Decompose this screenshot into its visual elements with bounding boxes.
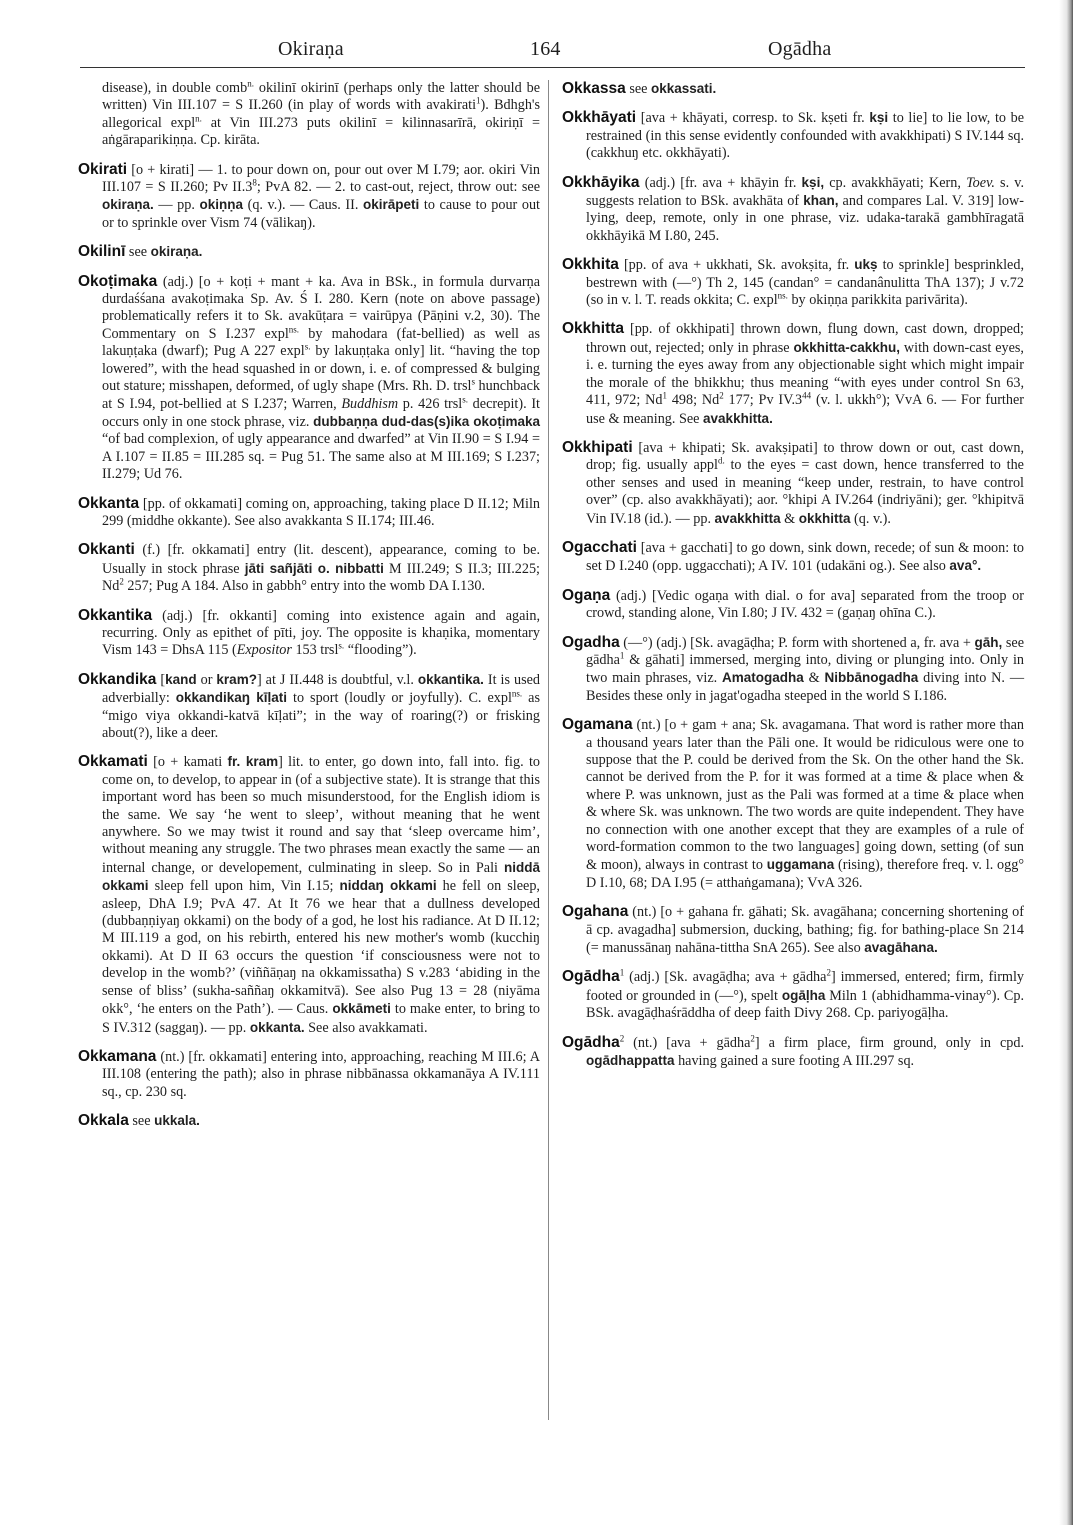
page-edge-shadow [1059, 0, 1073, 1525]
bold-term: ogādhappatta [586, 1053, 675, 1068]
bold-term: ukṣ [854, 257, 877, 272]
left-guide-word: Okiraṇa [278, 38, 344, 61]
page-number: 164 [530, 38, 561, 61]
entry-headword: Okkhitta [562, 320, 624, 337]
entry-text: [pp. of okkamati] coming on, approaching… [102, 496, 540, 529]
column-divider [548, 80, 549, 1420]
dictionary-entry: Okkhita [pp. of ava + ukkhati, Sk. avokṣ… [562, 256, 1024, 309]
bold-term: uggamana [767, 857, 835, 872]
dictionary-entry: Okkhāyati [ava + khāyati, corresp. to Sk… [562, 109, 1024, 162]
bold-term: okkhitta [799, 511, 851, 526]
dictionary-entry: Okkamati [o + kamati fr. kram] lit. to e… [78, 753, 540, 1037]
entry-text: [ [156, 672, 165, 688]
entry-headword: Okkamana [78, 1048, 156, 1065]
entry-headword: Ogamana [562, 716, 633, 733]
entry-text: “flooding”). [344, 642, 417, 658]
superscript: n. [195, 113, 202, 123]
entry-headword: Okkanti [78, 541, 135, 558]
left-column: disease), in double combn. okilinī okiri… [78, 80, 540, 1142]
superscript: n. [247, 78, 254, 88]
superscript: 44 [802, 390, 811, 400]
entry-text: cp. avakkhāyati; Kern, [824, 175, 966, 191]
entry-text: disease), in double comb [102, 80, 247, 96]
entry-text: see [129, 1113, 154, 1129]
bold-term: kṣi [869, 110, 888, 125]
bold-term: okirāpeti [363, 197, 419, 212]
entry-text: [pp. of ava + ukkhati, Sk. avokṣita, fr. [619, 257, 854, 273]
dictionary-entry: Okkanti (f.) [fr. okkamati] entry (lit. … [78, 541, 540, 595]
superscript: ns. [289, 324, 299, 334]
entry-headword: Okilinī [78, 243, 125, 260]
entry-text: (adj.) [fr. ava + khāyin fr. [640, 175, 802, 191]
entry-headword: Ogacchati [562, 539, 637, 556]
dictionary-entry: Ogadha (—°) (adj.) [Sk. avagāḍha; P. for… [562, 634, 1024, 706]
bold-term: dubbaṇṇa dud-das(s)ika okoṭimaka [313, 414, 540, 429]
bold-term: gāh, [975, 635, 1003, 650]
dictionary-entry: Ogādha2 (nt.) [ava + gādha2] a firm plac… [562, 1034, 1024, 1071]
bold-term: okiraṇa. [151, 244, 203, 259]
italic-title: Expositor [237, 642, 292, 658]
dictionary-entry: Ogacchati [ava + gacchati] to go down, s… [562, 539, 1024, 576]
entry-text: [ava + khāyati, corresp. to Sk. kṣeti fr… [636, 110, 869, 126]
entry-headword: Ogaṇa [562, 587, 610, 604]
entry-headword: Ogadha [562, 634, 620, 651]
bold-term: avagāhana. [864, 940, 938, 955]
dictionary-entry: Okilinī see okiraṇa. [78, 243, 540, 261]
entry-text: — pp. [154, 197, 200, 213]
bold-term: Amatogadha [722, 670, 804, 685]
bold-term: okiraṇa. [102, 197, 154, 212]
entry-text: (nt.) [ava + gādha [624, 1035, 750, 1051]
entry-headword: Okkala [78, 1112, 129, 1129]
entry-headword: Okkamati [78, 753, 148, 770]
dictionary-entry: Okirati [o + kirati] — 1. to pour down o… [78, 161, 540, 233]
entry-headword: Ogādha [562, 1034, 620, 1051]
bold-term: okkandikaŋ kīḷati [176, 690, 287, 705]
dictionary-entry: Okkhitta [pp. of okkhipati] thrown down,… [562, 320, 1024, 427]
entry-headword: Okkhipati [562, 439, 633, 456]
dictionary-entry: Okkantika (adj.) [fr. okkanti] coming in… [78, 607, 540, 660]
entry-headword: Okkhāyika [562, 174, 640, 191]
bold-term: khan, [803, 193, 838, 208]
entry-text: [o + kamati [148, 754, 228, 770]
entry-text: to sport (loudly or joyfully). C. expl [287, 690, 512, 706]
entry-text: See also avakkamati. [305, 1020, 428, 1036]
dictionary-entry: Okoṭimaka (adj.) [o + koṭi + mant + ka. … [78, 273, 540, 484]
entry-headword: Okkandika [78, 671, 156, 688]
entry-text: sleep fell upon him, Vin I.15; [149, 878, 340, 894]
bold-term: niddaŋ okkami [340, 878, 437, 893]
superscript: ns. [778, 290, 788, 300]
italic-title: Buddhism [341, 396, 398, 412]
right-guide-word: Ogādha [768, 38, 831, 61]
entry-headword: Okkanta [78, 495, 139, 512]
entry-headword: Ogahana [562, 903, 628, 920]
dictionary-entry: Ogādha1 (adj.) [Sk. avagāḍha; ava + gādh… [562, 968, 1024, 1022]
bold-term: kṣi, [802, 175, 825, 190]
entry-text: ; PvA 82. — 2. to cast-out, reject, thro… [257, 179, 540, 195]
bold-term: kand [165, 672, 197, 687]
entry-text: (—°) (adj.) [Sk. avagāḍha; P. form with … [620, 635, 975, 651]
bold-term: kram? [216, 672, 257, 687]
dictionary-entry: Ogamana (nt.) [o + gam + ana; Sk. avagam… [562, 716, 1024, 892]
entry-text: (nt.) [fr. okkamati] entering into, appr… [102, 1049, 540, 1100]
entry-headword: Okkhita [562, 256, 619, 273]
dictionary-entry: Okkhipati [ava + khipati; Sk. avakṣipati… [562, 439, 1024, 528]
dictionary-entry: Ogahana (nt.) [o + gahana fr. gāhati; Sk… [562, 903, 1024, 957]
superscript: d. [718, 456, 725, 466]
bold-term: okkanta. [250, 1020, 305, 1035]
dictionary-entry: Okkala see ukkala. [78, 1112, 540, 1130]
entry-text: by okiṇṇa parikkita parivārita). [788, 292, 968, 308]
entry-text: 153 trsl [292, 642, 339, 658]
entry-text: see [626, 81, 651, 97]
entry-headword: Okirati [78, 161, 127, 178]
entry-headword: Okkhāyati [562, 109, 636, 126]
bold-term: avakkhitta [715, 511, 781, 526]
dictionary-entry: Okkanta [pp. of okkamati] coming on, app… [78, 495, 540, 531]
bold-term: avakkhitta. [703, 411, 773, 426]
bold-term: okkantika. [418, 672, 484, 687]
entry-text: & [781, 511, 799, 527]
entry-text: (nt.) [o + gahana fr. gāhati; Sk. avagāh… [586, 904, 1024, 956]
dictionary-entry: Okkassa see okkassati. [562, 80, 1024, 98]
bold-term: Nibbānogadha [825, 670, 919, 685]
dictionary-entry: disease), in double combn. okilinī okiri… [78, 80, 540, 150]
bold-term: okiṇṇa [199, 197, 243, 212]
entry-text: p. 426 trsl [398, 396, 462, 412]
entry-text: (q. v.). [851, 511, 891, 527]
entry-text: 498; Nd [667, 392, 719, 408]
entry-headword: Okoṭimaka [78, 273, 157, 290]
entry-text: (q. v.). — Caus. II. [243, 197, 363, 213]
entry-text: (adj.) [Vedic ogaṇa with dial. o for ava… [586, 588, 1024, 621]
entry-headword: Ogādha [562, 968, 620, 985]
entry-text: ] at J II.448 is doubtful, v.l. [257, 672, 418, 688]
bold-term: okkāmeti [332, 1001, 391, 1016]
dictionary-entry: Okkhāyika (adj.) [fr. ava + khāyin fr. k… [562, 174, 1024, 246]
entry-text: he fell on sleep, asleep, DhA I.9; PvA 4… [102, 878, 540, 1017]
header-rule [80, 67, 1025, 68]
right-column: Okkassa see okkassati.Okkhāyati [ava + k… [562, 80, 1024, 1082]
entry-text: “of bad complexion, of ugly appearance a… [102, 431, 540, 482]
entry-text: see [125, 244, 150, 260]
bold-term: jāti sañjāti o. nibbatti [245, 561, 384, 576]
bold-term: ogāḷha [782, 988, 826, 1003]
entry-text: ] lit. to enter, go down into, fall into… [102, 754, 540, 875]
superscript: ns. [512, 688, 522, 698]
bold-term: okkhitta-cakkhu, [793, 340, 900, 355]
dictionary-entry: Okkamana (nt.) [fr. okkamati] entering i… [78, 1048, 540, 1101]
italic-title: Toev. [966, 175, 995, 191]
entry-text: (nt.) [o + gam + ana; Sk. avagamana. Tha… [586, 717, 1024, 873]
bold-term: fr. kram [228, 754, 279, 769]
entry-text: or [197, 672, 217, 688]
dictionary-entry: Ogaṇa (adj.) [Vedic ogaṇa with dial. o f… [562, 587, 1024, 623]
entry-headword: Okkassa [562, 80, 626, 97]
dictionary-entry: Okkandika [kand or kram?] at J II.448 is… [78, 671, 540, 743]
entry-text: 177; Pv IV.3 [724, 392, 802, 408]
entry-text: having gained a sure footing A III.297 s… [675, 1053, 915, 1069]
entry-headword: Okkantika [78, 607, 152, 624]
running-header: Okiraṇa 164 Ogādha [78, 38, 1024, 68]
bold-term: ava°. [949, 558, 981, 573]
entry-text: & [804, 670, 825, 686]
entry-text: ] a firm place, firm ground, only in cpd… [755, 1035, 1024, 1051]
entry-text: (adj.) [Sk. avagāḍha; ava + gādha [624, 969, 826, 985]
bold-term: ukkala. [154, 1113, 200, 1128]
bold-term: okkassati. [651, 81, 716, 96]
entry-text: 257; Pug A 184. Also in gabbh° entry int… [124, 578, 485, 594]
